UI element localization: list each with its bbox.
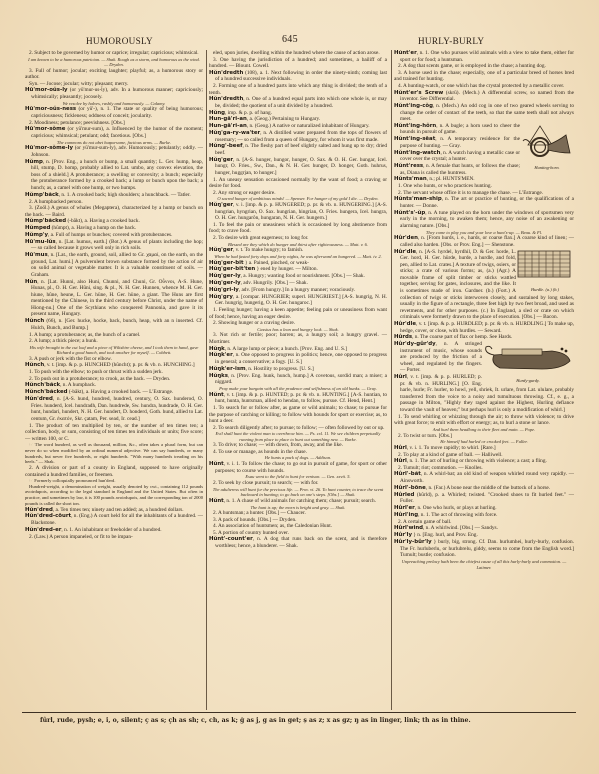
definition: , n. A humpback. <box>60 382 96 388</box>
headword: Hŭnt'-count'er <box>209 536 253 542</box>
headword: Hŭnt'ing-sēat <box>394 136 435 142</box>
column-3: Hŭnt'er, n. 1. One who pursues wild anim… <box>394 50 574 710</box>
headword: Hûrl'er <box>394 505 415 511</box>
definition: , n. 1. A crooked back; high shoulders; … <box>59 192 191 198</box>
headword: Hŭŋk'er <box>209 352 233 358</box>
headword: Hûr'dle <box>394 321 416 327</box>
headword: Hŭŋks <box>209 373 228 379</box>
dictionary-entry: Hŭnt, v. t. [imp. & p. p. HUNTED; p. pr.… <box>209 392 387 405</box>
dictionary-entry: Hŭŋ'gri-ly, adv. [From hungry.] In a hun… <box>209 287 387 294</box>
dictionary-entry: Hûrds, n. The coarse part of flax or hem… <box>394 334 574 341</box>
dictionary-entry: Hŭŋk'er-ism, n. Hostility to progress. [… <box>209 366 387 373</box>
dictionary-entry: Hū'mu-lŭs, n. [Lat. humus, earth.] (Bot.… <box>25 239 203 252</box>
definition: , a. (Geog.) Pertaining to Hungary. <box>247 116 320 122</box>
headword: Hûr'den <box>394 235 418 241</box>
dictionary-entry: Hŭnch (66), n. [Ger. hucke, hocke, back,… <box>25 318 203 331</box>
dictionary-entry: Hûrl'-bōne, n. (Far.) A bone near the mi… <box>394 485 574 492</box>
headword: Hŭnt <box>209 461 224 467</box>
definition: (-băkt), a. Having a crooked back. — L'E… <box>68 389 174 395</box>
dictionary-entry: Hŭŋ'ger-ly, a. Hungry; wanting food or n… <box>209 273 387 280</box>
running-head-left: HUMOROUSLY <box>86 36 153 46</box>
footer-rule <box>22 712 576 713</box>
headword: Hûrl <box>394 445 407 451</box>
headword: Hŭng <box>209 110 225 116</box>
horn-figure: Hunting-horn. <box>520 123 574 167</box>
headword: Hûrl'-bōne <box>394 485 426 491</box>
dictionary-entry: Hŭnt'er's Screw (skrū). (Mech.) A differ… <box>394 90 574 103</box>
pronunciation-key-footer: fûrl, rude, pysh; e, i, o, silent; ç as … <box>40 717 580 724</box>
dictionary-entry: Hŭŋks, n. [Prov. Eng. hunk, hunch, hump.… <box>209 373 387 386</box>
definition: , n. [A-S. hund, hundred, hundred, centu… <box>31 396 203 422</box>
headword: Hŭŋ'gry <box>209 294 233 300</box>
definition: , n. [From hurds, i. e., hards, or coars… <box>400 235 574 248</box>
sense: 1. An uneasy sensation occasioned normal… <box>209 177 387 190</box>
headword: Hŭnt'ing-cŏg <box>394 103 433 109</box>
running-head-right: HURLY-BURLY <box>418 36 484 46</box>
headword: Hŭmp <box>25 159 43 165</box>
sense: 1. The product of ten multiplied by ten,… <box>25 423 203 443</box>
sense: 2. A division or part of a county in Eng… <box>25 465 203 478</box>
definition: , adv. [From hungry.] In a hungry manner… <box>239 287 355 293</box>
dictionary-entry: Hŭŋ'gry, a. [compar. HUNGRIER; superl. H… <box>209 294 387 307</box>
dictionary-entry: Hŭnch'băcked (-băkt), a. Having a crooke… <box>25 389 203 396</box>
headword: Hŭnt'er <box>394 50 417 56</box>
dictionary-entry: Hŭng'-beef, n. The fleshy part of beef s… <box>209 143 387 156</box>
dictionary-entry: Hûr'ly-bûr'ly } burly, big, strong. Cf. … <box>394 539 574 559</box>
definition: , n. A whirl-bat; an old kind of weapon … <box>400 471 574 484</box>
headword: Hŭn <box>25 279 37 285</box>
headword: Hŭŋk <box>209 346 225 352</box>
headword: Hŭnt'ing-hôrn <box>394 123 436 129</box>
headword: Hŭn'dredth <box>209 70 243 76</box>
hurdy-gurdy-illustration <box>482 341 574 375</box>
headword: Hûrl <box>394 458 407 464</box>
definition: , n. 1. The act of hurling or throwing w… <box>407 458 547 464</box>
headword: Hŭn'dred <box>25 507 53 513</box>
figure-caption: Hurdle. (a.) (b.) <box>516 287 574 292</box>
sense: 2. (Law.) A person impaneled, or fit to … <box>25 534 203 541</box>
headword: Hŭŋ'gri-ly <box>209 287 239 293</box>
dictionary-entry: Hûrl'-băt, n. A whirl-bat; an old kind o… <box>394 471 574 484</box>
dictionary-entry: Hŭn'dredth, n. One of a hundred equal pa… <box>209 96 387 109</box>
dictionary-entry: Hŭŋ'ger, v. t. To make hungry; to famish… <box>209 247 387 254</box>
headword: Hŭŋ'ger-ly <box>209 273 241 279</box>
dictionary-entry: Hŭmp'băcked (-băkt), a. Having a crooked… <box>25 218 203 225</box>
dictionary-entry: Hûrled (hûrld), p. a. Whirled; twisted. … <box>394 492 574 505</box>
sense: 3. (Zoöl.) A genus of whales (Megaptera)… <box>25 205 203 218</box>
sense: 1. To feel the pain or uneasiness which … <box>209 222 387 235</box>
headword: Hŭŋ'ger-bit <box>209 260 244 266</box>
dictionary-entry: Hŭmp'băck, n. 1. A crooked back; high sh… <box>25 192 203 199</box>
headword: Hū'mor-sŏme-ly <box>25 145 73 151</box>
headword: Hŭnt'ing-watch <box>394 150 440 156</box>
headword: Hûrds <box>394 334 412 340</box>
dictionary-entry: Hū'mor-oŭs-ly (or yū'mur-us-l̆y), adv. I… <box>25 87 203 100</box>
definition: , a. [compar. HUNGRIER; superl. HUNGRIES… <box>215 294 387 307</box>
dictionary-entry: Hŭŋk, n. A large lump or piece; a hunch.… <box>209 346 387 353</box>
figure-caption: Hunting-horn. <box>520 165 574 170</box>
headword: Hŭmp'băcked <box>25 218 66 224</box>
definition: , a. Hungry; wanting food or nourishment… <box>241 273 365 279</box>
dictionary-entry: Hŭn'dred-er, n. 1. An inhabitant or free… <box>25 527 203 534</box>
definition: , n. One opposed to progress in politics… <box>215 352 387 365</box>
page-number: 645 <box>282 34 298 45</box>
sense: 1. To send whirling or whizzing through … <box>394 414 574 427</box>
dictionary-entry: Hŭnts'man-ship, n. The art or practice o… <box>394 196 574 209</box>
dictionary-entry: Hŭmp'y, a. Full of humps or bunches; cov… <box>25 232 203 239</box>
definition: , v. i. 1. To follow the chase; to go ou… <box>215 461 387 474</box>
dictionary-entry: Hŭnt's'-ŭp, n. A tune played on the horn… <box>394 210 574 230</box>
definition: , n. [Prov. Eng. hunk, hunch, hump.] A c… <box>215 373 387 386</box>
headword: Hun-gā'ri-an <box>209 123 247 129</box>
definition: } n. [Eng. hurl, and Prov. Eng. <box>412 532 478 538</box>
dictionary-entry: Hŭŋ'ger, n. [A-S. hunger, hungor, hunger… <box>209 157 387 177</box>
dictionary-entry: Hûr'den, n. [From hurds, i. e., hards, o… <box>394 235 574 248</box>
headword: Hŭnts'man-ship <box>394 196 442 202</box>
definition: , v. t. [imp. & p. p. HUNTED; p. pr. & v… <box>215 392 387 405</box>
headword: Hŭnch <box>25 362 44 368</box>
definition: , n. [Lat. Hunni, also Huni, Chunni, and… <box>31 279 203 318</box>
headword: Hûr'ly <box>394 532 412 538</box>
sense: 3. Full of humor; jocular; exciting laug… <box>25 68 203 81</box>
citation: His wife brought in the cut loaf and a p… <box>25 345 203 356</box>
headword: Hûrl'-băt <box>394 471 421 477</box>
headword: Hûrl'ing <box>394 512 418 518</box>
definition: , n. (Geog.) A native or naturalized inh… <box>247 123 370 129</box>
column-2: eled, upon juries, dwelling within the h… <box>209 50 387 710</box>
headword: Hŭŋ'ga-ry-wa'ter <box>209 130 260 136</box>
definition: , a. Full of humps or bunches; covered w… <box>48 232 172 238</box>
hurdle-illustration <box>516 249 572 285</box>
headword: Hŭn'dredth <box>209 96 243 102</box>
definition: , n. [Prov. Eng., a hunch or bump, a sma… <box>31 159 203 191</box>
dictionary-entry: Hun-gā'ri-an, a. (Geog.) Pertaining to H… <box>209 116 387 123</box>
headword: Hū'mu-lŭs <box>25 239 56 245</box>
definition: , n. 1. A chase of wild animals for catc… <box>224 498 376 504</box>
headword: Hū'mus <box>25 252 48 258</box>
headword: Hŭŋ'ger-bit'ten <box>209 266 255 272</box>
dictionary-entry: Hū'mor-sŏme (or yū'mur-sum), a. Influenc… <box>25 126 203 139</box>
headword: Hŭnt <box>209 392 224 398</box>
headword: Hū'mor-oŭs-ness <box>25 106 76 112</box>
headword: Hŭn'dred <box>25 396 53 402</box>
headword: Hûrl <box>394 374 407 380</box>
dictionary-entry: Hûrl, v. i. 1. To move rapidly; to whirl… <box>394 445 574 452</box>
headword: Hŭn'dred-er <box>25 527 61 533</box>
dictionary-entry: Hŭnt'-count'er, n. A dog that runs back … <box>209 536 387 549</box>
headword: Hŭŋk'er-ism <box>209 366 246 372</box>
headword: Hŭnt'er's Screw <box>394 90 443 96</box>
definition: , n.; pl. HUNTS'MEN. <box>427 176 475 182</box>
headword: Hŭnch'băck <box>25 382 60 388</box>
sense: 2. Forming one of a hundred parts into w… <box>209 83 387 96</box>
definition: , n. One who hurls, or plays at hurling. <box>415 505 497 511</box>
definition: , v. i. [imp. & p. p. HUNGERED; p. pr. &… <box>215 202 387 221</box>
citation: Unpreaching prelacy hath been the chiefe… <box>394 559 574 570</box>
headword: Hûr'dy-gûr'dy <box>394 341 436 347</box>
sense: 1. To search for or follow after, as gam… <box>209 405 387 425</box>
headword: Hŭnt <box>209 498 224 504</box>
dictionary-entry: Hŭnts'man, n.; pl. HUNTS'MEN. <box>394 176 574 183</box>
headword: Hûrl'wind <box>394 525 423 531</box>
citation: Evil shall hunt the violent man to overt… <box>209 431 387 442</box>
headword: Hŭn'dred-cōurt <box>25 513 71 519</box>
definition: , n. 1. An inhabitant or freeholder of a… <box>61 527 161 533</box>
dictionary-page: HUMOROUSLY 645 HURLY-BURLY 2. Subject to… <box>0 0 599 774</box>
dictionary-entry: Hŭn'dred, n. [A-S. hund, hundred, hundre… <box>25 396 203 422</box>
headword: Hŭŋ'ger <box>209 157 233 163</box>
headword: Hûr'ly-bûr'ly <box>394 539 432 545</box>
dictionary-entry: Hŭnt, v. i. 1. To follow the chase; to g… <box>209 461 387 474</box>
dictionary-entry: Hū'mus, n. [Lat., the earth, ground, soi… <box>25 252 203 278</box>
definition: } a. Pained, pinched, or weak- <box>244 260 309 266</box>
headword: Hū'mor-oŭs-ly <box>25 87 68 93</box>
definition: , n. A whirlwind. [Obs.] — Sandys. <box>423 525 498 531</box>
citation: The adulteress will hunt for the preciou… <box>209 487 387 498</box>
headword: Hŭŋ'ger-ly <box>209 280 241 286</box>
definition: , n. [A-S. hunger, hungor, hunger, O. Sa… <box>215 157 387 176</box>
usage-note: ☞ The word hundred, as well as thousand,… <box>25 442 203 465</box>
definition: , adv. Hungrily. [Obs.] — Shak. <box>241 280 308 286</box>
dictionary-entry: Hŭn'dredth (108), a. 1. Next following i… <box>209 70 387 83</box>
citation: I am known to be a humorous patrician. —… <box>25 57 203 68</box>
headword: Hŭŋ'ger <box>209 247 233 253</box>
dictionary-entry: Hŭn'dred-cōurt, n. (Eng.) A court held f… <box>25 513 203 526</box>
column-divider <box>206 50 207 710</box>
dictionary-entry: Hŭmp, n. [Prov. Eng., a hunch or bump, a… <box>25 159 203 192</box>
dictionary-entry: Hŭn, n. [Lat. Hunni, also Huni, Chunni, … <box>25 279 203 318</box>
dictionary-entry: Hûr'ly } n. [Eng. hurl, and Prov. Eng. <box>394 532 574 539</box>
definition: , v. t. To make hungry; to famish. <box>233 247 303 253</box>
headword: Hŭmped <box>25 225 50 231</box>
dictionary-entry: Hŭŋ'ga-ry-wa'ter, n. A distilled water p… <box>209 130 387 143</box>
dictionary-entry: Hûrl'ing, n. 1. The act of throwing with… <box>394 512 574 519</box>
dictionary-entry: Hŭŋ'ger, v. i. [imp. & p. p. HUNGERED; p… <box>209 202 387 222</box>
headword: Hûr'dle <box>394 249 416 255</box>
definition: , imp. & p. p. of hang. <box>225 110 272 116</box>
definition: (66), n. [Ger. hucke, hocke, back, bunch… <box>31 318 203 331</box>
dictionary-entry: Hûrl'er, n. One who hurls, or plays at h… <box>394 505 574 512</box>
sense: eled, upon juries, dwelling within the h… <box>209 50 387 57</box>
definition: , n. Hostility to progress. [U. S.] <box>246 366 314 372</box>
definition: (-băkt), a. Having a crooked back. <box>66 218 140 224</box>
dictionary-entry: Hū'mor-oŭs-ness (or yū'-), n. 1. The sta… <box>25 106 203 119</box>
headword: Hŭnch <box>25 318 44 324</box>
headword: Hū'mor-sŏme <box>25 126 65 132</box>
definition: } ened by hunger. — Milton. <box>255 266 318 272</box>
definition: , v. t. [imp. & p. p. HURDLED; p. pr. & … <box>400 321 574 334</box>
dictionary-entry: Hŭŋk'er, n. One opposed to progress in p… <box>209 352 387 365</box>
definition: , n. 1. The act of throwing with force. <box>418 512 497 518</box>
hurdle-figure: Hurdle. (a.) (b.) <box>516 249 574 293</box>
headword: Hŭŋ'ger <box>209 202 233 208</box>
figure-caption: Hurdy-gurdy. <box>482 378 574 383</box>
dictionary-entry: Hun-gā'ri-an, n. (Geog.) A native or nat… <box>209 123 387 130</box>
dictionary-entry: Hûrl'wind, n. A whirlwind. [Obs.] — Sand… <box>394 525 574 532</box>
headword: Hŭnts'man <box>394 176 427 182</box>
dictionary-entry: Hŭnch, v. t. [imp. & p. p. HUNCHED (hŭnc… <box>25 362 203 369</box>
definition: , n. A tune played on the horn under the… <box>400 210 574 229</box>
sense: 3. Not rich or fertile; poor; barren; as… <box>209 332 387 345</box>
hurdy-gurdy-figure: Hurdy-gurdy. <box>482 341 574 381</box>
hunting-horn-illustration <box>520 123 574 163</box>
sense: 3. One having the jurisdiction of a hund… <box>209 57 387 70</box>
headword: Hun-gā'ri-an <box>209 116 247 122</box>
usage-note: Hundred-weight, a denomination of weight… <box>25 484 203 507</box>
headword: Hûrled <box>394 492 414 498</box>
definition: , n. 1. One who pursues wild animals wit… <box>400 50 574 63</box>
headword: Hŭnch'băcked <box>25 389 68 395</box>
dictionary-entry: Hŭnt, n. 1. A chase of wild animals for … <box>209 498 387 505</box>
dictionary-entry: Hŭnch'băck, n. A humpback. <box>25 382 203 389</box>
dictionary-entry: Hŭnt'er, n. 1. One who pursues wild anim… <box>394 50 574 63</box>
headword: Hŭmp'y <box>25 232 48 238</box>
headword: Hŭmp'băck <box>25 192 59 198</box>
dictionary-entry: Hŭŋ'ger-bit } a. Pained, pinched, or wea… <box>209 260 387 267</box>
sense: 3. A horse used in the chase; especially… <box>394 70 574 83</box>
definition: , n. The coarse part of flax or hemp. Se… <box>412 334 512 340</box>
definition: , v. t. [imp. & p. p. HUNCHED (hŭncht); … <box>44 362 194 368</box>
headword: Hŭnt'ress <box>394 163 423 169</box>
definition: , v. i. 1. To move rapidly; to whirl. [R… <box>407 445 496 451</box>
dictionary-entry: Hûr'dle, v. t. [imp. & p. p. HURDLED; p.… <box>394 321 574 334</box>
definition: (hûrld), p. a. Whirled; twisted. "Crooke… <box>400 492 574 505</box>
definition: , n. A large lump or piece; a hunch. [Pr… <box>225 346 347 352</box>
definition: , n. [Lat., the earth, ground, soil, all… <box>31 252 203 278</box>
headword: Hŭnt's'-ŭp <box>394 210 425 216</box>
dictionary-entry: Hŭŋ'ger-ly, adv. Hungrily. [Obs.] — Shak… <box>209 280 387 287</box>
column-divider <box>391 50 392 710</box>
column-1: 2. Subject to be governed by humor or ca… <box>25 50 203 710</box>
definition: (hŭmpt), a. Having a hump on the back. <box>50 225 136 231</box>
sense: 2. Subject to be governed by humor or ca… <box>25 50 203 57</box>
dictionary-entry: Hûrl, n. 1. The act of hurling or throwi… <box>394 458 574 465</box>
dictionary-entry: Hū'mor-sŏme-ly (or yū'mur-sum-l̆y), adv.… <box>25 145 203 158</box>
dictionary-entry: Hŭnt'ing-cŏg, n. (Mech.) An odd cog in o… <box>394 103 574 123</box>
definition: , n. [Lat. humus, earth.] (Bot.) A genus… <box>31 239 203 252</box>
definition: , a. Ten times ten; ninety and ten added… <box>53 507 184 513</box>
dictionary-entry: Hŭmped (hŭmpt), a. Having a hump on the … <box>25 225 203 232</box>
headword: Hŭng'-beef <box>209 143 242 149</box>
sense: 1. Feeling hunger; having a keen appetit… <box>209 307 387 320</box>
definition: , n. (Far.) A bone near the middle of th… <box>426 485 550 491</box>
